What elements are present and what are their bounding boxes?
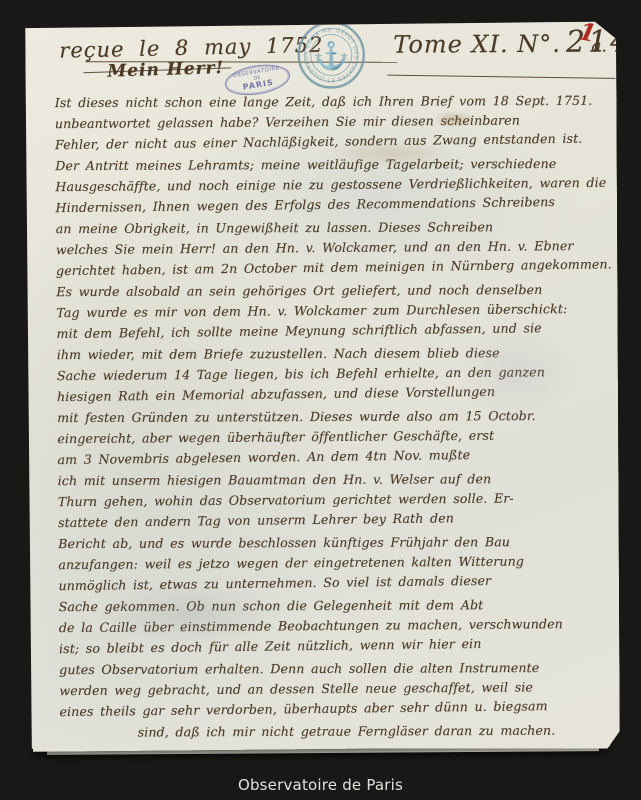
manuscript-line: Ist dieses nicht schon eine lange Zeit, … xyxy=(55,93,607,116)
marine-depot-round-stamp: · DÉPÔT DES CARTES ET JOURNAUX DE LA MAR… xyxy=(296,20,366,90)
manuscript-line: an meine Obrigkeit, in Ungewißheit zu la… xyxy=(56,219,608,242)
manuscript-line: Bericht ab, und es wurde beschlossen kün… xyxy=(58,534,610,557)
manuscript-line: sind, daß ich mir nicht getraue Ferngläs… xyxy=(138,722,612,745)
archive-mark-prefix: Tome XI. N°. xyxy=(393,30,561,59)
manuscript-line: Sache gekommen. Ob nun schon die Gelegen… xyxy=(59,597,611,620)
letter-body: Ist dieses nicht schon eine lange Zeit, … xyxy=(55,91,612,746)
image-caption: Observatoire de Paris xyxy=(0,776,641,794)
manuscript-line: Es wurde alsobald an sein gehöriges Ort … xyxy=(56,282,608,305)
manuscript-page: reçue le 8 may 1752 Mein Herr! Tome XI. … xyxy=(25,21,620,751)
anchor-icon: ⚓ xyxy=(314,40,348,72)
manuscript-line: mit festen Gründen zu unterstützen. Dies… xyxy=(57,408,609,431)
manuscript-line: gutes Observatorium erhalten. Denn auch … xyxy=(59,660,611,683)
folio-letter: a. xyxy=(591,37,607,57)
manuscript-line: Der Antritt meines Lehramts; meine weitl… xyxy=(55,156,607,179)
oval-stamp-line3: PARIS xyxy=(242,79,274,92)
manuscript-line: ich mit unserm hiesigen Bauamtman den Hn… xyxy=(58,471,610,494)
manuscript-line: ihm wieder, mit dem Briefe zuzustellen. … xyxy=(57,345,609,368)
ink-underline-archive-mark xyxy=(387,75,615,79)
